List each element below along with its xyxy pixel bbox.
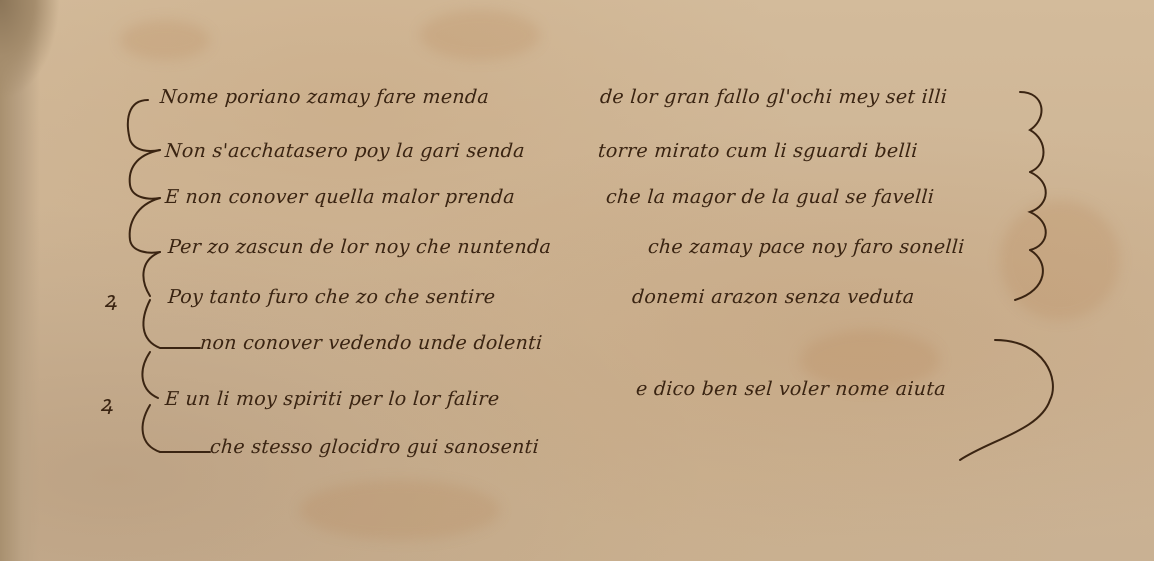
manuscript-page: Nome poriano zamay fare menda de lor gra… <box>0 0 1154 561</box>
verse-1-right: de lor gran fallo gl'ochi mey set illi <box>599 86 948 108</box>
verse-6-left: non conover vedendo unde dolenti <box>199 332 543 354</box>
verse-2-right: torre mirato cum li sguardi belli <box>597 140 918 162</box>
verse-1-left: Nome poriano zamay fare menda <box>159 86 490 108</box>
verse-7-right: e dico ben sel voler nome aiuta <box>635 378 946 400</box>
verse-4-right: che zamay pace noy faro sonelli <box>647 236 965 258</box>
verse-3-right: che la magor de la gual se favelli <box>605 186 935 208</box>
verse-3-left: E non conover quella malor prenda <box>164 186 516 208</box>
margin-mark: ꝝ <box>100 388 113 418</box>
margin-mark: ꝝ <box>104 284 117 314</box>
verse-4-left: Per zo zascun de lor noy che nuntenda <box>167 236 552 258</box>
bracket-flourishes <box>0 0 1154 561</box>
verse-8-left: che stesso glocidro gui sanosenti <box>209 436 540 458</box>
verse-5-left: Poy tanto furo che zo che sentire <box>167 286 496 308</box>
verse-7-left: E un li moy spiriti per lo lor falire <box>164 388 500 410</box>
verse-5-right: donemi arazon senza veduta <box>631 286 915 308</box>
verse-2-left: Non s'acchatasero poy la gari senda <box>164 140 525 162</box>
